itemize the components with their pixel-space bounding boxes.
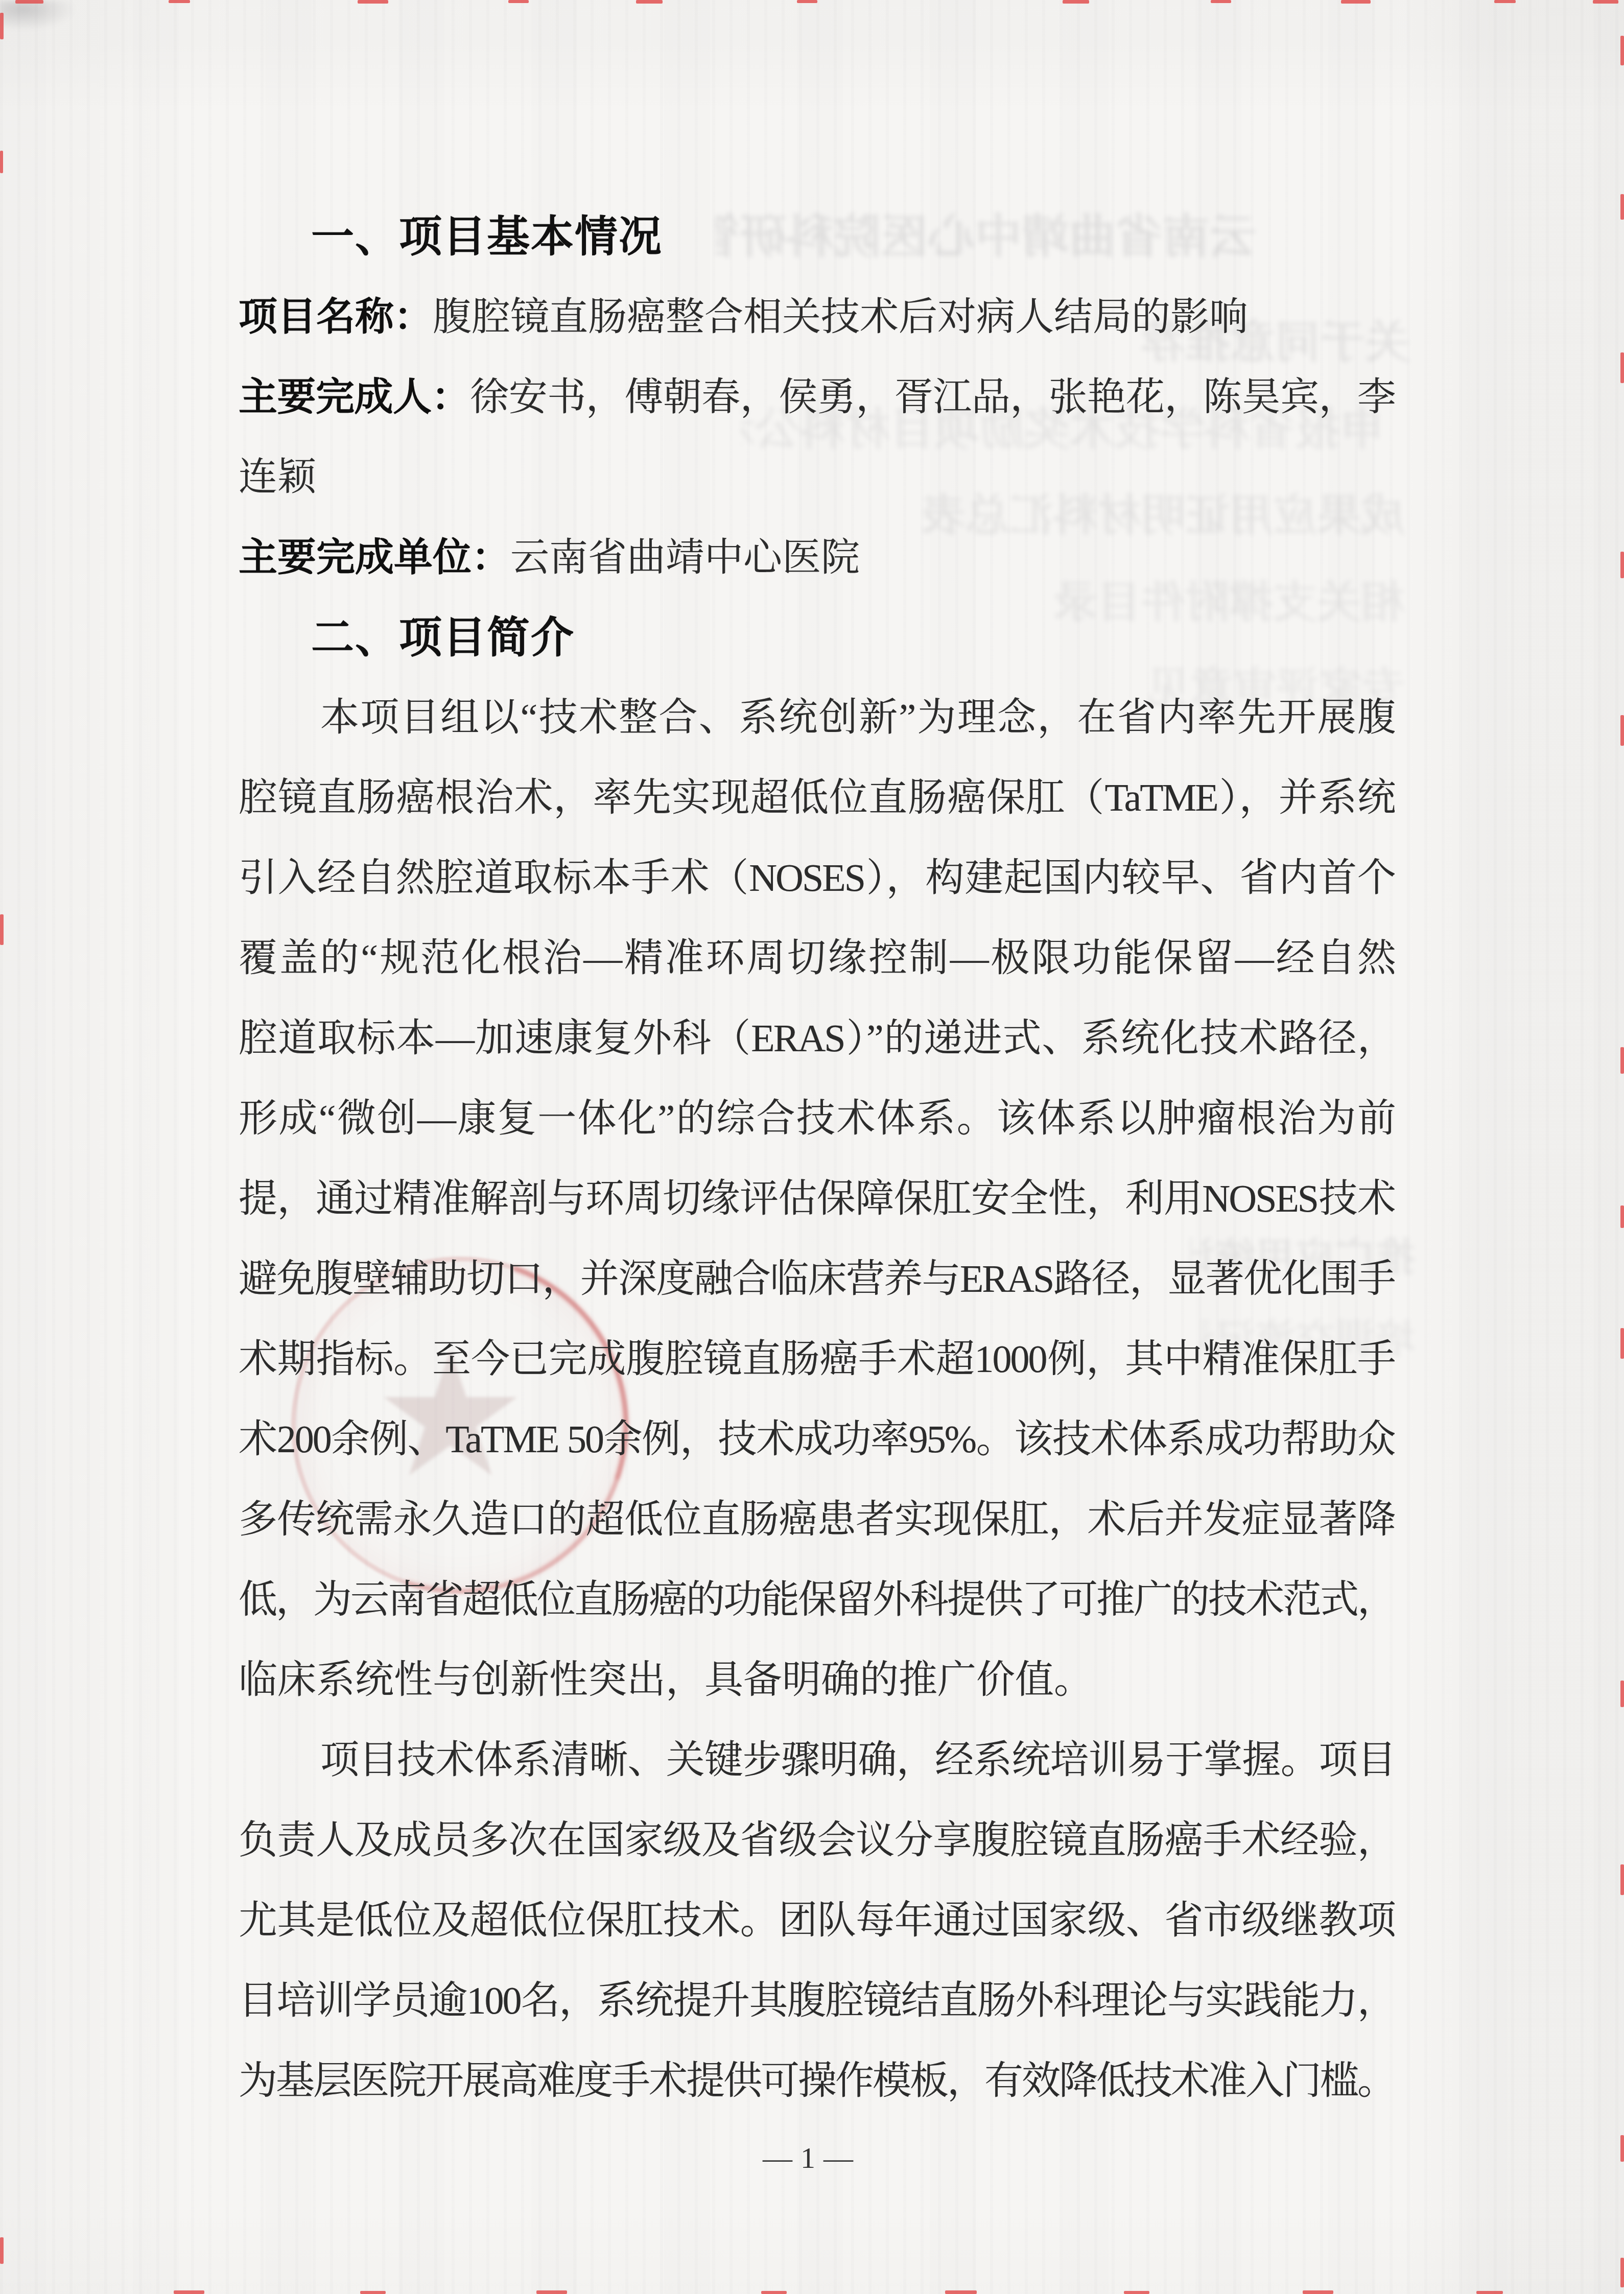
scan-edge-mark [1620,36,1624,65]
scan-edge-mark [1620,2135,1624,2162]
paragraph-2-line: 尤其是低位及超低位保肛技术。团队每年通过国家级、省市级继教项 [239,1881,1395,1961]
paragraph-1-line: 术期指标。至今已完成腹腔镜直肠癌手术超1000例，其中精准保肛手 [239,1319,1395,1400]
scan-edge-mark [1620,552,1624,578]
paragraph-1-line: 术200余例、TaTME 50余例，技术成功率95%。该技术体系成功帮助众 [239,1400,1395,1480]
document-body: 一、项目基本情况 项目名称：腹腔镜直肠癌整合相关技术后对病人结局的影响 主要完成… [239,197,1395,2121]
scan-edge-mark [0,914,4,945]
scan-edge-mark [1620,1205,1624,1228]
paragraph-2-line: 项目技术体系清晰、关键步骤明确，经系统培训易于掌握。项目 [239,1720,1395,1801]
scan-edge-mark [1620,1864,1624,1895]
paragraph-1-line: 多传统需永久造口的超低位直肠癌患者实现保肛，术后并发症显著降 [239,1480,1395,1560]
scan-edge-mark [1494,0,1516,3]
section-2-heading: 二、项目简介 [239,598,1395,678]
scan-edge-mark [1620,1328,1624,1359]
scan-edge-mark [508,0,529,3]
scan-edge-mark [360,2291,386,2294]
field-main-completers-value-line1: 徐安书，傅朝春，侯勇，胥江品，张艳花，陈昊宾，李 [470,376,1395,419]
paragraph-1-line: 腔道取标本—加速康复外科（ERAS）”的递进式、系统化技术路径， [239,999,1395,1079]
scan-edge-mark [1620,1681,1624,1707]
field-project-name: 项目名称：腹腔镜直肠癌整合相关技术后对病人结局的影响 [239,277,1395,357]
field-main-unit-value: 云南省曲靖中心医院 [510,536,860,579]
scan-edge-mark [761,2291,787,2294]
scan-edge-mark [15,0,43,4]
field-main-unit: 主要完成单位：云南省曲靖中心医院 [239,517,1395,598]
page-number: —1— [0,2125,1624,2191]
field-main-completers: 主要完成人：徐安书，傅朝春，侯勇，胥江品，张艳花，陈昊宾，李 [239,357,1395,437]
scan-edge-mark [1124,2291,1149,2294]
paragraph-1-line: 低，为云南省超低位直肠癌的功能保留外科提供了可推广的技术范式， [239,1560,1395,1640]
scan-edge-mark [1620,2258,1624,2287]
section-1-heading: 一、项目基本情况 [239,197,1395,277]
paragraph-1-line: 引入经自然腔道取标本手术（NOSES），构建起国内较早、省内首个 [239,838,1395,918]
field-main-unit-label: 主要完成单位： [239,536,510,579]
paragraph-1-line: 本项目组以“技术整合、系统创新”为理念，在省内率先开展腹 [239,678,1395,758]
scan-edge-mark [1303,2290,1333,2294]
scan-edge-mark [0,151,3,173]
paragraph-2-line: 为基层医院开展高难度手术提供可操作模板，有效降低技术准入门槛。 [239,2041,1395,2121]
paragraph-1-line: 临床系统性与创新性突出，具备明确的推广价值。 [239,1640,1395,1720]
scan-edge-mark [1341,0,1371,4]
paragraph-1-line: 提，通过精准解剖与环周切缘评估保障保肛安全性，利用NOSES技术 [239,1159,1395,1239]
scan-edge-mark [174,2290,204,2294]
scan-edge-mark [536,2290,567,2294]
paragraph-1-line: 形成“微创—康复一体化”的综合技术体系。该体系以肿瘤根治为前 [239,1079,1395,1159]
field-project-name-label: 项目名称： [239,295,433,339]
field-main-completers-value-line2: 连颖 [239,437,1395,517]
paragraph-1-line: 覆盖的“规范化根治—精准环周切缘控制—极限功能保留—经自然 [239,918,1395,999]
corner-smudge-artifact [0,0,77,31]
paragraph-1-line: 腔镜直肠癌根治术，率先实现超低位直肠癌保肛（TaTME），并系统 [239,758,1395,838]
scan-edge-mark [1620,194,1624,220]
scan-edge-mark [945,2290,977,2294]
field-main-completers-label: 主要完成人： [239,375,470,419]
scan-edge-mark [636,0,663,4]
scan-edge-mark [1620,352,1624,383]
scanned-document-page: 云南省曲靖中心医院科研管理部门审核 关于同意推荐 申报省科学技术奖励项目材料公示… [0,0,1624,2294]
scan-edge-mark [797,0,817,3]
scan-edge-mark [358,0,388,4]
scan-edge-mark [1211,0,1231,3]
paragraph-2-line: 目培训学员逾100名，系统提升其腹腔镜结直肠外科理论与实践能力， [239,1961,1395,2041]
scan-edge-mark [1620,715,1624,746]
scan-edge-mark [0,13,4,39]
paragraph-2-line: 负责人及成员多次在国家级及省级会议分享腹腔镜直肠癌手术经验， [239,1801,1395,1881]
scan-edge-mark [0,2237,4,2264]
field-project-name-value: 腹腔镜直肠癌整合相关技术后对病人结局的影响 [433,296,1248,339]
scan-edge-mark [1620,1047,1624,1074]
scan-edge-mark [1063,0,1089,4]
scan-edge-mark [169,0,190,3]
scan-edge-mark [1476,2291,1503,2294]
scan-edge-mark [1593,0,1618,4]
paragraph-1-line: 避免腹壁辅助切口，并深度融合临床营养与ERAS路径，显著优化围手 [239,1239,1395,1319]
